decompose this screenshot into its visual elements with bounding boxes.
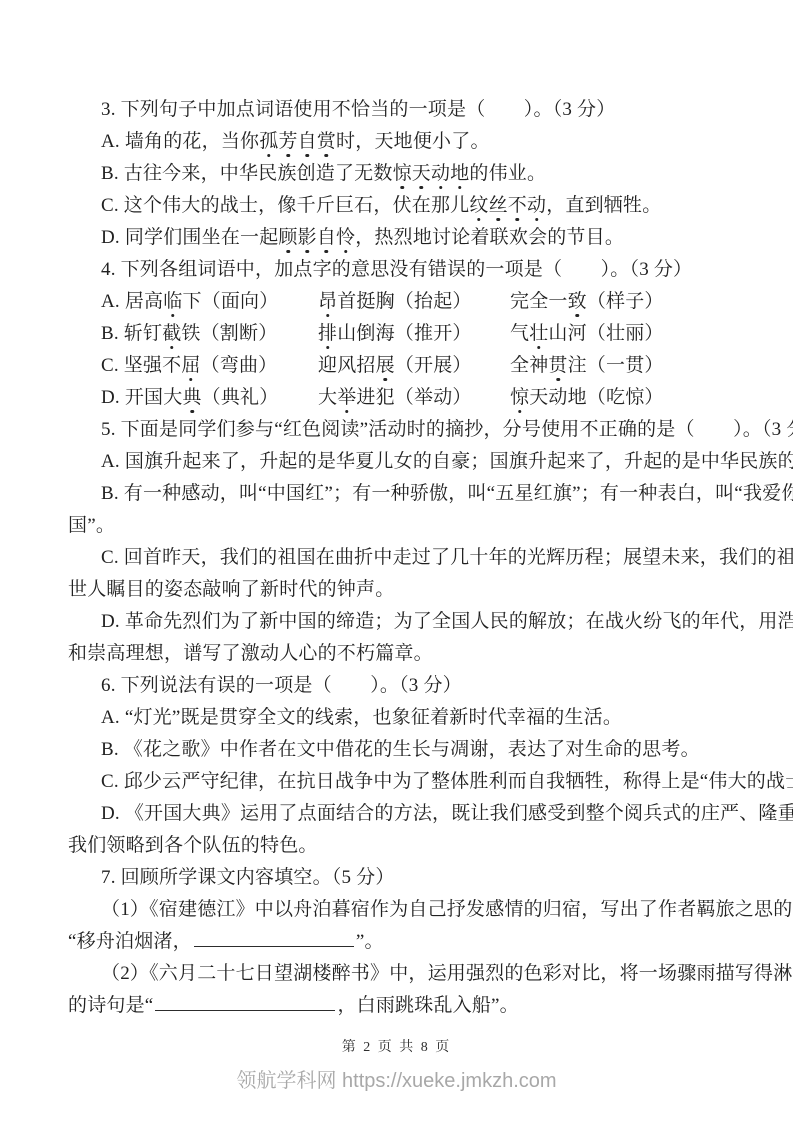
emphasized-char: 顾 bbox=[278, 222, 297, 254]
emphasized-char: 屈 bbox=[181, 350, 200, 382]
emphasized-char: 排 bbox=[318, 318, 337, 350]
word-group-column: A. 居高临下（面向） bbox=[101, 286, 318, 318]
text-line: A. 居高临下（面向）昂首挺胸（抬起）完全一致（样子） bbox=[68, 286, 733, 318]
text-line: C. 回首昨天，我们的祖国在曲折中走过了几十年的光辉历程；展望未来，我们的祖国以… bbox=[68, 542, 733, 574]
text-line: 7. 回顾所学课文内容填空。（5 分） bbox=[68, 862, 733, 894]
emphasized-char: 举 bbox=[337, 382, 356, 414]
emphasized-char: 纹 bbox=[469, 190, 488, 222]
emphasized-char: 致 bbox=[568, 286, 587, 318]
text-line: 国”。 bbox=[68, 510, 733, 542]
emphasized-char: 影 bbox=[298, 222, 317, 254]
page-footer: 第 2 页 共 8 页 bbox=[0, 1036, 793, 1056]
text-line: 3. 下列句子中加点词语使用不恰当的一项是（ ）。（3 分） bbox=[68, 94, 733, 126]
emphasized-char: 孤 bbox=[259, 126, 278, 158]
text-line: 4. 下列各组词语中，加点字的意思没有错误的一项是（ ）。（3 分） bbox=[68, 254, 733, 286]
text-line: 的诗句是“，白雨跳珠乱入船”。 bbox=[68, 990, 733, 1022]
text-line: D. 开国大典（典礼）大举进犯（举动）惊天动地（吃惊） bbox=[68, 382, 733, 414]
word-group-column: 迎风招展（开展） bbox=[318, 350, 510, 382]
emphasized-char: 典 bbox=[182, 382, 201, 414]
emphasized-char: 芳 bbox=[278, 126, 297, 158]
text-line: （1）《宿建德江》中以舟泊暮宿作为自己抒发感情的归宿，写出了作者羁旅之思的诗句是 bbox=[68, 894, 733, 926]
emphasized-char: 地 bbox=[450, 158, 469, 190]
fill-in-blank bbox=[194, 927, 354, 947]
text-line: B. 有一种感动，叫“中国红”；有一种骄傲，叫“五星红旗”；有一种表白，叫“我爱… bbox=[68, 478, 733, 510]
word-group-column: 完全一致（样子） bbox=[510, 286, 664, 318]
emphasized-char: 壮 bbox=[529, 318, 548, 350]
word-group-column: B. 斩钉截铁（割断） bbox=[101, 318, 318, 350]
emphasized-char: 惊 bbox=[393, 158, 412, 190]
emphasized-char: 自 bbox=[317, 222, 336, 254]
text-line: 6. 下列说法有误的一项是（ ）。（3 分） bbox=[68, 670, 733, 702]
text-line: C. 坚强不屈（弯曲）迎风招展（开展）全神贯注（一贯） bbox=[68, 350, 733, 382]
emphasized-char: 怜 bbox=[336, 222, 355, 254]
text-line: 和崇高理想，谱写了激动人心的不朽篇章。 bbox=[68, 638, 733, 670]
fill-in-blank bbox=[155, 991, 335, 1011]
emphasized-char: 自 bbox=[298, 126, 317, 158]
emphasized-char: 赏 bbox=[317, 126, 336, 158]
text-line: D. 革命先烈们为了新中国的缔造；为了全国人民的解放；在战火纷飞的年代，用浩然正… bbox=[68, 606, 733, 638]
text-line: A. 国旗升起来了，升起的是华夏儿女的自豪；国旗升起来了，升起的是中华民族的梦想… bbox=[68, 446, 733, 478]
text-line: B. 古往今来，中华民族创造了无数惊天动地的伟业。 bbox=[68, 158, 733, 190]
word-group-column: 昂首挺胸（抬起） bbox=[318, 286, 510, 318]
text-line: C. 这个伟大的战士，像千斤巨石，伏在那儿纹丝不动，直到牺牲。 bbox=[68, 190, 733, 222]
emphasized-char: 昂 bbox=[318, 286, 337, 318]
emphasized-char: 动 bbox=[431, 158, 450, 190]
text-line: D. 同学们围坐在一起顾影自怜，热烈地讨论着联欢会的节目。 bbox=[68, 222, 733, 254]
emphasized-char: 截 bbox=[162, 318, 181, 350]
text-line: C. 邱少云严守纪律，在抗日战争中为了整体胜利而自我牺牲，称得上是“伟大的战士”… bbox=[68, 766, 733, 798]
text-line: D. 《开国大典》运用了点面结合的方法，既让我们感受到整个阅兵式的庄严、隆重，也… bbox=[68, 798, 733, 830]
text-line: （2）《六月二十七日望湖楼醉书》中，运用强烈的色彩对比，将一场骤雨描写得淋漓尽致 bbox=[68, 958, 733, 990]
emphasized-char: 不 bbox=[508, 190, 527, 222]
word-group-column: 气壮山河（壮丽） bbox=[510, 318, 664, 350]
emphasized-char: 临 bbox=[163, 286, 182, 318]
emphasized-char: 惊 bbox=[510, 382, 529, 414]
document-lines: 3. 下列句子中加点词语使用不恰当的一项是（ ）。（3 分）A. 墙角的花，当你… bbox=[68, 94, 733, 1022]
text-line: 5. 下面是同学们参与“红色阅读”活动时的摘抄，分号使用不正确的是（ ）。（3 … bbox=[68, 414, 733, 446]
watermark-text: 领航学科网 https://xueke.jmkzh.com bbox=[0, 1064, 793, 1093]
word-group-column: 全神贯注（一贯） bbox=[510, 350, 664, 382]
emphasized-char: 天 bbox=[412, 158, 431, 190]
text-line: A. “灯光”既是贯穿全文的线索，也象征着新时代幸福的生活。 bbox=[68, 702, 733, 734]
word-group-column: 惊天动地（吃惊） bbox=[510, 382, 664, 414]
text-line: A. 墙角的花，当你孤芳自赏时，天地便小了。 bbox=[68, 126, 733, 158]
word-group-column: D. 开国大典（典礼） bbox=[101, 382, 318, 414]
emphasized-char: 丝 bbox=[489, 190, 508, 222]
emphasized-char: 展 bbox=[376, 350, 395, 382]
word-group-column: 大举进犯（举动） bbox=[318, 382, 510, 414]
word-group-column: 排山倒海（推开） bbox=[318, 318, 510, 350]
exam-paper-page: 3. 下列句子中加点词语使用不恰当的一项是（ ）。（3 分）A. 墙角的花，当你… bbox=[0, 0, 793, 1122]
text-line: B. 《花之歌》中作者在文中借花的生长与凋谢，表达了对生命的思考。 bbox=[68, 734, 733, 766]
emphasized-char: 动 bbox=[527, 190, 546, 222]
emphasized-char: 贯 bbox=[548, 350, 567, 382]
text-line: “移舟泊烟渚，”。 bbox=[68, 926, 733, 958]
word-group-column: C. 坚强不屈（弯曲） bbox=[101, 350, 318, 382]
text-line: 世人瞩目的姿态敲响了新时代的钟声。 bbox=[68, 574, 733, 606]
text-line: 我们领略到各个队伍的特色。 bbox=[68, 830, 733, 862]
text-line: B. 斩钉截铁（割断）排山倒海（推开）气壮山河（壮丽） bbox=[68, 318, 733, 350]
